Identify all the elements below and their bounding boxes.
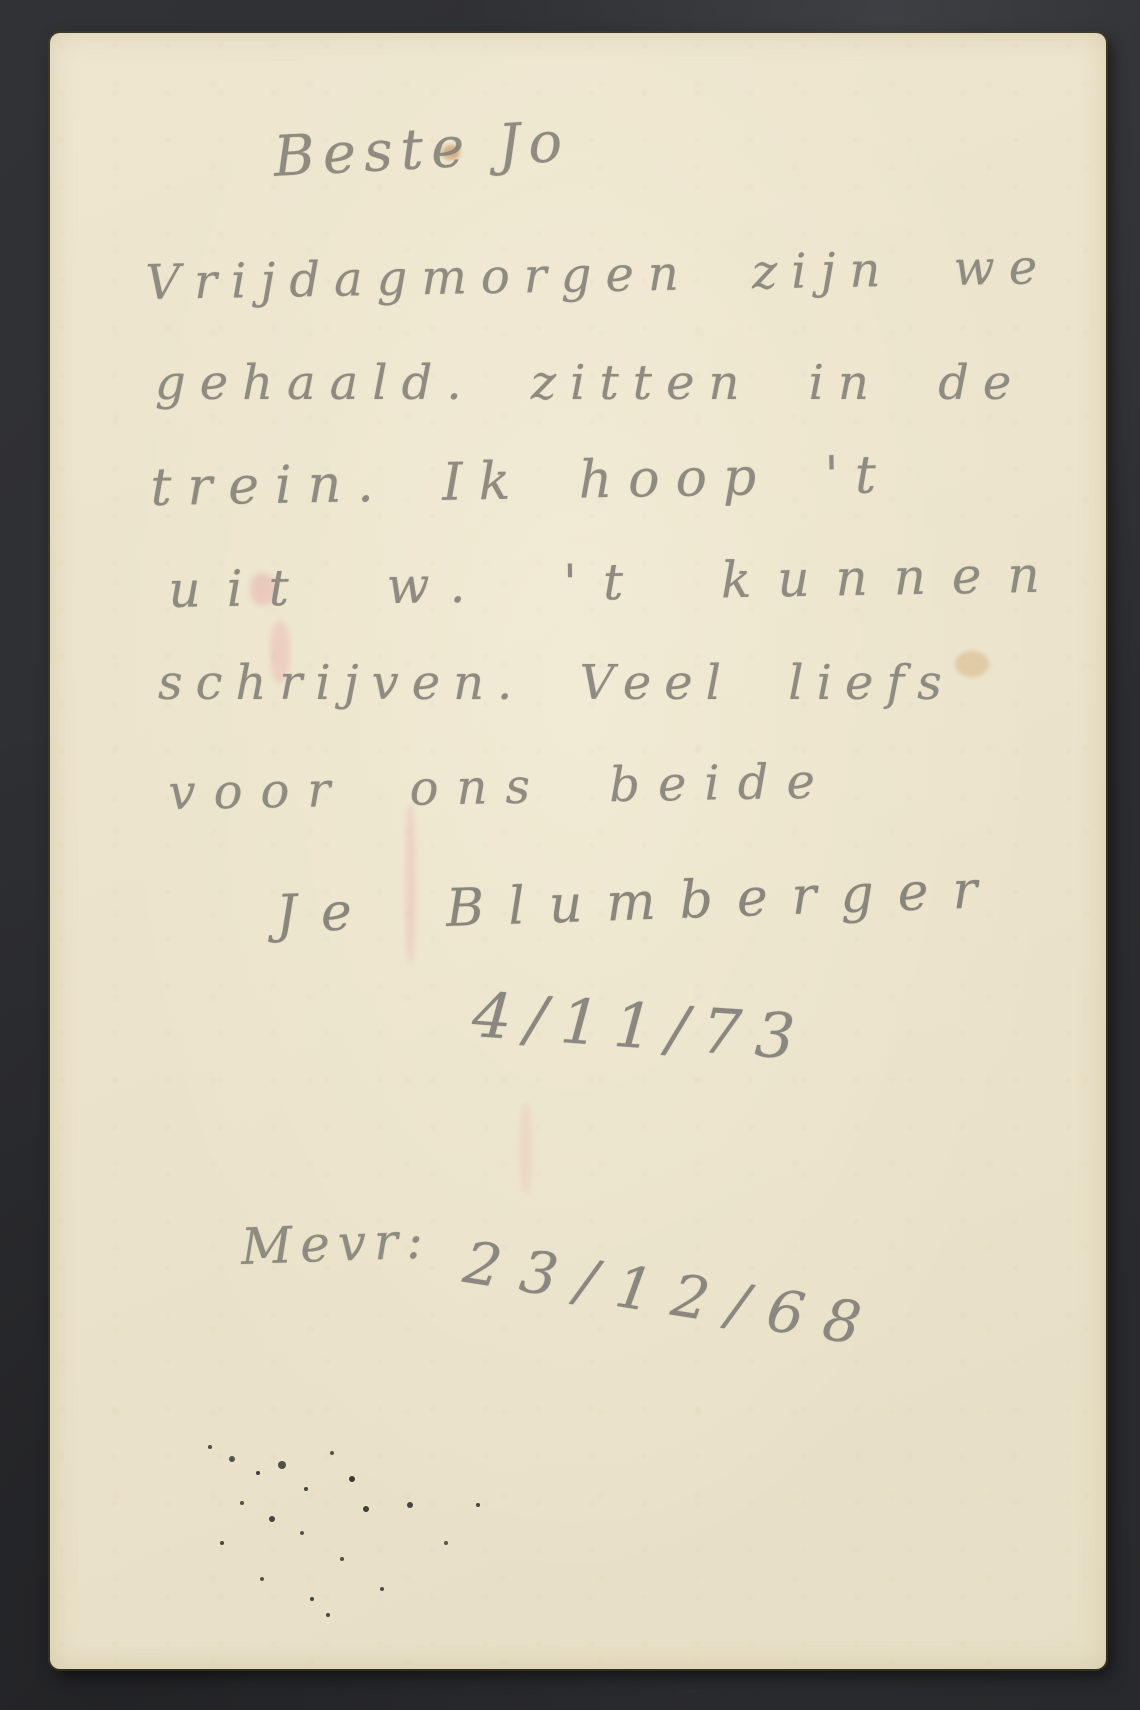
handwriting-line-7: voor ons beide xyxy=(168,753,833,821)
received-note-date: 23/12/68 xyxy=(459,1228,885,1361)
salutation-line: Beste Jo xyxy=(272,109,572,189)
handwriting-line-5: uit w. 't kunnen xyxy=(168,545,1066,619)
ink-speckles xyxy=(208,1445,212,1449)
handwriting-line-4: trein. Ik hoop 't xyxy=(150,445,892,518)
tan-stain xyxy=(955,651,989,677)
red-smudge-3 xyxy=(520,1103,532,1193)
handwriting-line-6: schrijven. Veel liefs xyxy=(158,655,955,711)
handwriting-line-3: gehaald. zitten in de xyxy=(155,355,1025,411)
postcard: Beste Jo Vrijdagmorgen zijn we gehaald. … xyxy=(50,33,1106,1669)
handwriting-line-2: Vrijdagmorgen zijn we xyxy=(145,239,1052,311)
received-note-prefix: Mevr: xyxy=(240,1211,432,1276)
date-line: 4/11/73 xyxy=(470,978,811,1074)
photo-background: Beste Jo Vrijdagmorgen zijn we gehaald. … xyxy=(0,0,1140,1710)
signature-line: Je Blumberger xyxy=(275,860,1002,945)
